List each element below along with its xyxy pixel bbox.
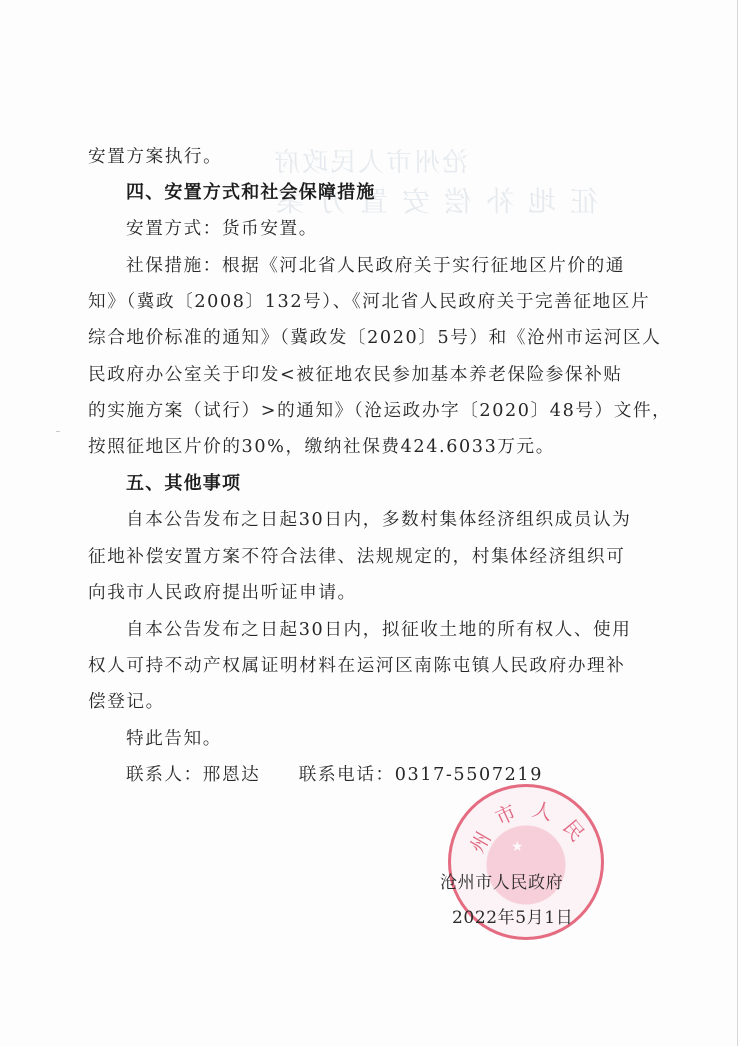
section-heading: 五、其他事项 [126,473,241,495]
paragraph-line: 偿登记。 [88,691,165,713]
paragraph-line: 安置方式：货币安置。 [126,218,318,240]
paragraph-line: 向我市人民政府提出听证申请。 [88,582,357,604]
paragraph-line: 民政府办公室关于印发<被征地农民参加基本养老保险参保补贴 [88,364,623,386]
paragraph-line: 安置方案执行。 [88,146,222,168]
page-edge [737,0,738,1046]
seal-char: 州 [461,826,496,858]
paragraph-line: 按照征地区片价的30%，缴纳社保费424.6033万元。 [88,436,555,458]
star-icon: ★ [511,839,524,855]
issuer-name: 沧州市人民政府 [440,868,563,893]
paragraph-line: 征地补偿安置方案不符合法律、法规规定的，村集体经济组织可 [88,546,625,568]
issue-date: 2022年5月1日 [452,903,573,928]
paragraph-line: 知》（冀政〔2008〕132号）、《河北省人民政府关于完善征地区片 [88,291,650,313]
paragraph-line: 自本公告发布之日起30日内，多数村集体经济组织成员认为 [126,509,631,531]
paragraph-line: 特此告知。 [126,728,222,750]
paragraph-line: 自本公告发布之日起30日内，拟征收土地的所有权人、使用 [126,619,631,641]
seal-char: 市 [490,796,520,831]
section-heading: 四、安置方式和社会保障措施 [126,182,376,204]
paragraph-line: 社保措施：根据《河北省人民政府关于实行征地区片价的通 [126,255,625,277]
paragraph-line: 综合地价标准的通知》（冀政发〔2020〕5号）和《沧州市运河区人 [88,327,661,349]
paragraph-line: 权人可持不动产权属证明材料在运河区南陈屯镇人民政府办理补 [88,655,625,677]
seal-char: 人 [530,793,557,826]
seal-char: 民 [557,813,592,847]
scan-mark [56,431,60,432]
paragraph-line: 联系人：邢恩达 联系电话：0317-5507219 [126,764,543,786]
paragraph-line: 的实施方案（试行）>的通知》（沧运政办字〔2020〕48号）文件， [88,400,671,422]
bleed-through-text: 沧州市人民政府 [272,142,468,179]
